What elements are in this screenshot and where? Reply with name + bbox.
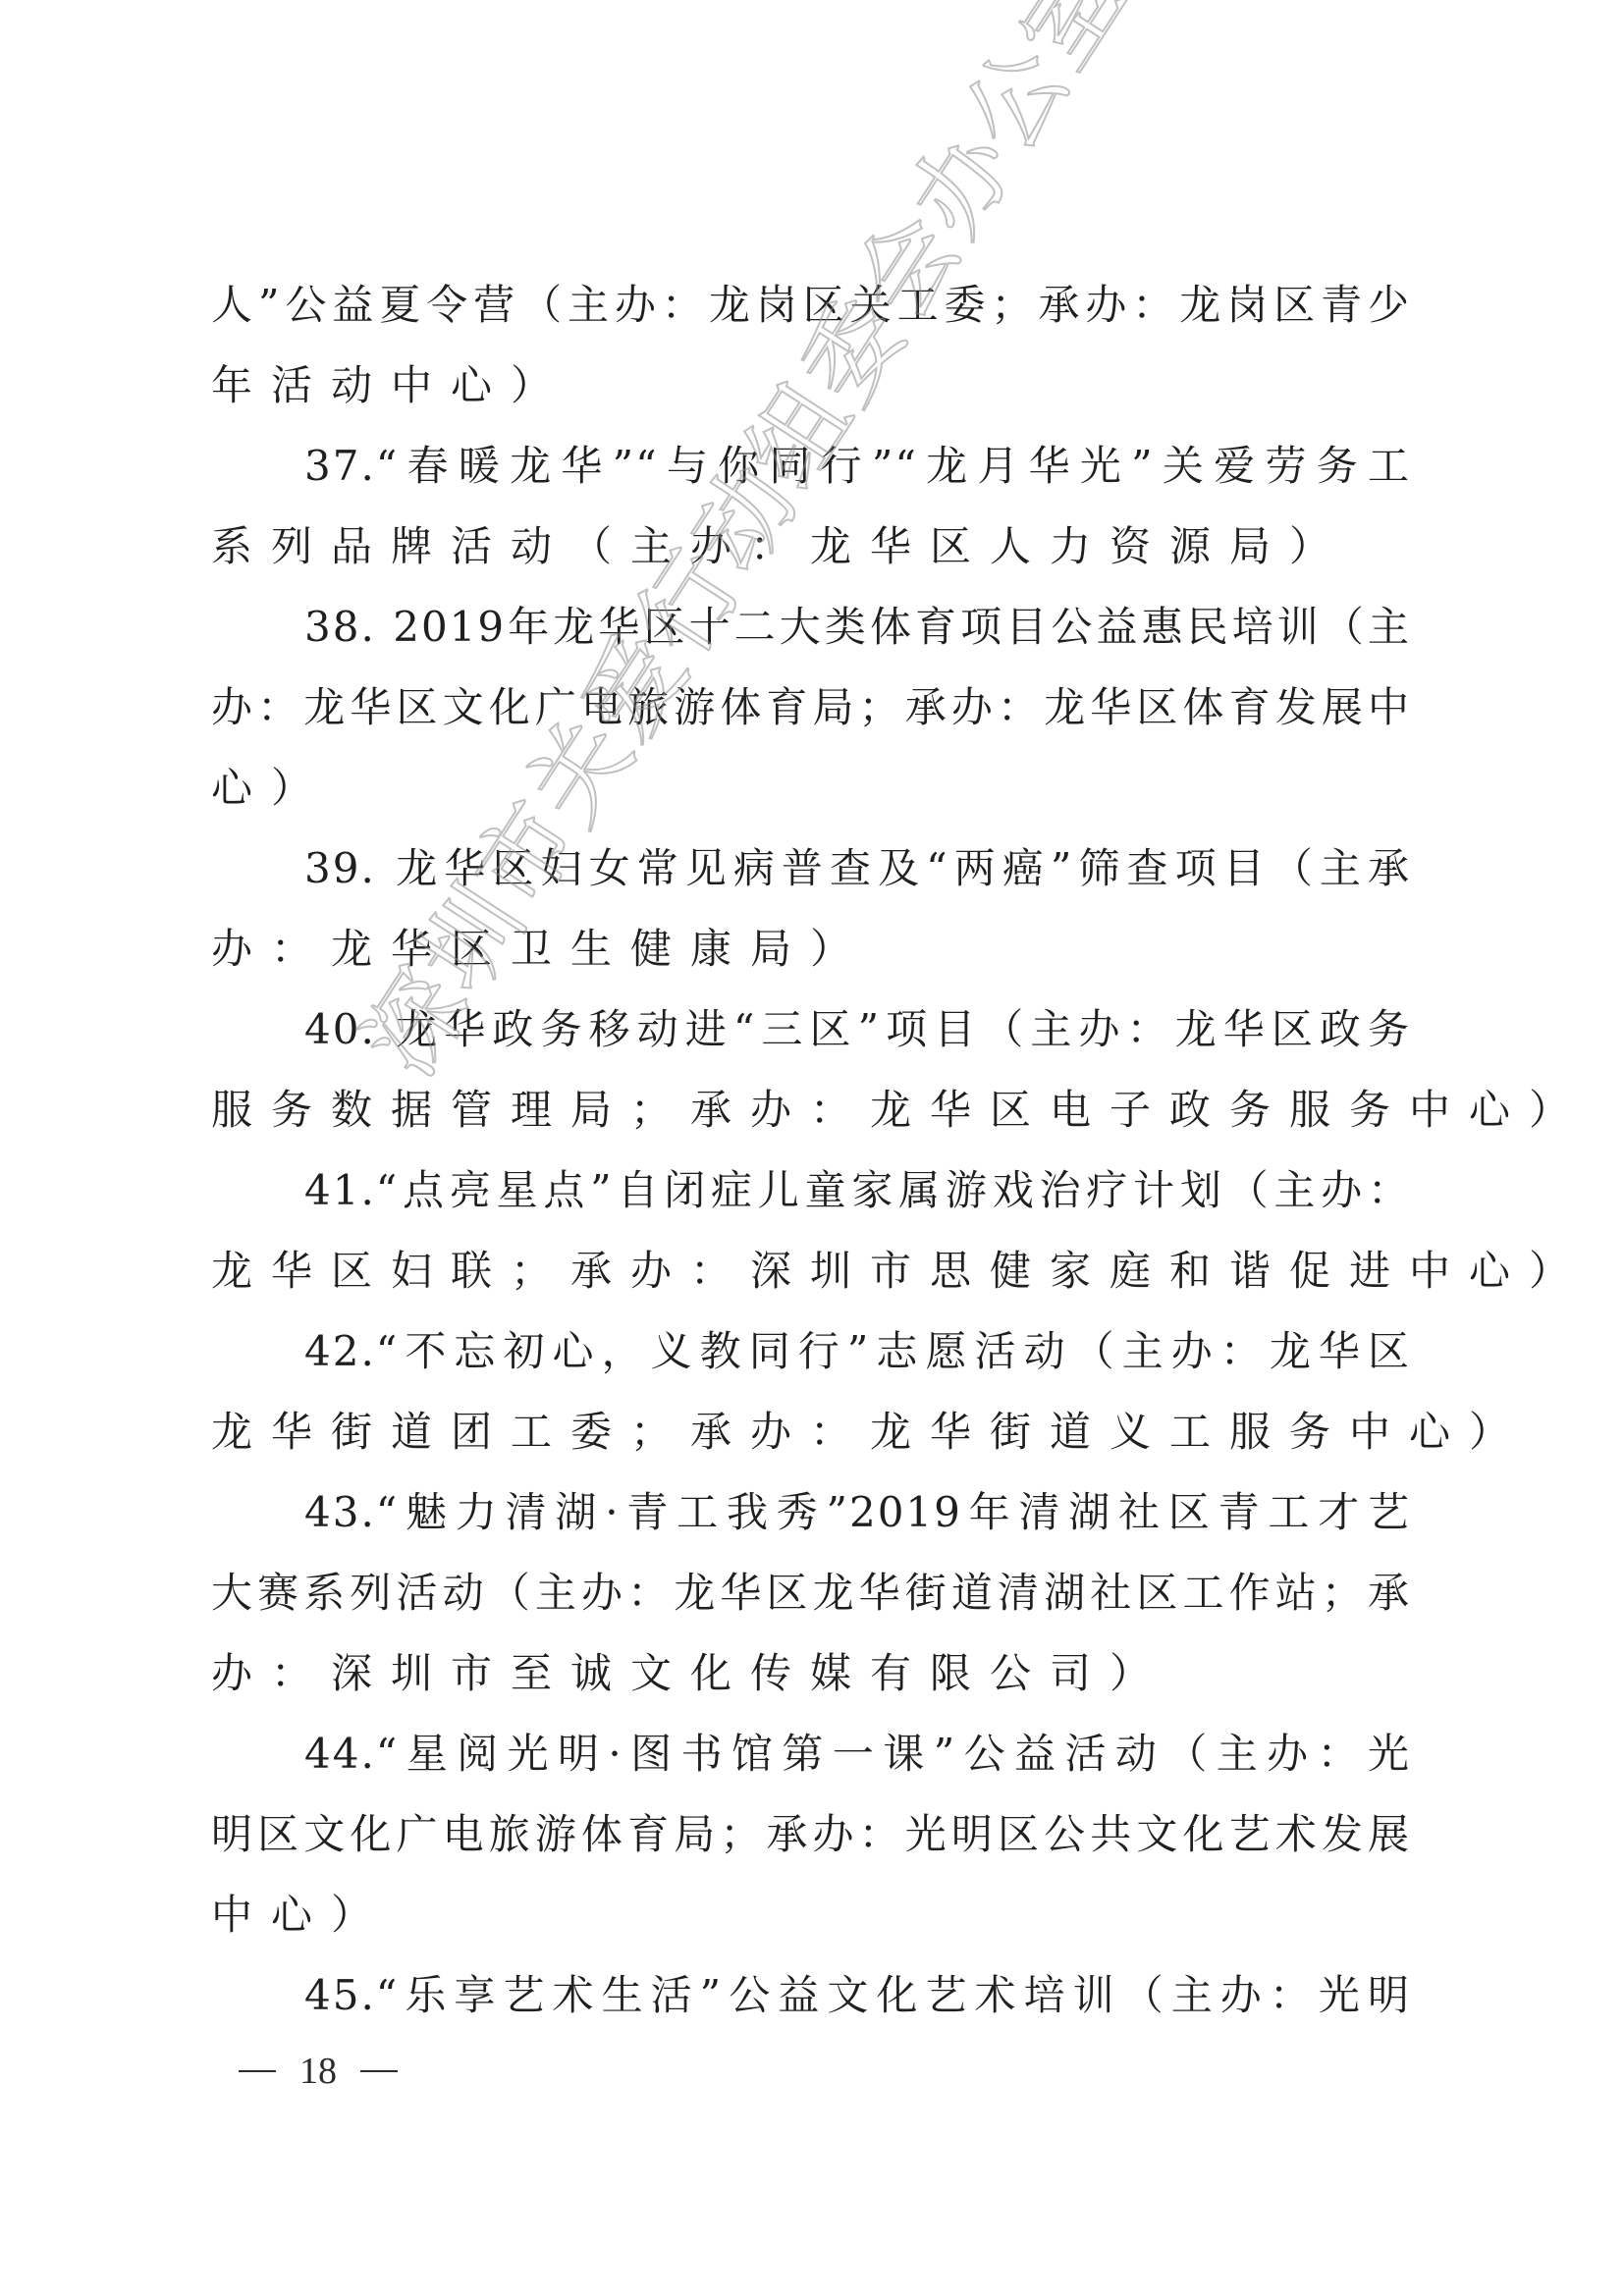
list-item-38: 38. 2019年龙华区十二大类体育项目公益惠民培训（主 — [211, 587, 1411, 667]
document-page: 人”公益夏令营（主办：龙岗区关工委；承办：龙岗区青少 年活动中心） 37.“春暖… — [0, 0, 1624, 2296]
page-number: 18 — [239, 2050, 398, 2093]
text-line: 办：深圳市至诚文化传媒有限公司） — [211, 1633, 1411, 1714]
dash-left — [239, 2070, 276, 2072]
body-text: 人”公益夏令营（主办：龙岗区关工委；承办：龙岗区青少 年活动中心） 37.“春暖… — [211, 265, 1411, 2036]
text-line: 龙华街道团工委；承办：龙华街道义工服务中心） — [211, 1392, 1411, 1472]
list-item-40: 40. 龙华政务移动进“三区”项目（主办：龙华区政务 — [211, 989, 1411, 1070]
text-line: 服务数据管理局；承办：龙华区电子政务服务中心） — [211, 1070, 1411, 1150]
text-line: 系列品牌活动（主办：龙华区人力资源局） — [211, 507, 1411, 587]
list-item-44: 44.“星阅光明·图书馆第一课”公益活动（主办：光 — [211, 1714, 1411, 1794]
text-line: 大赛系列活动（主办：龙华区龙华街道清湖社区工作站；承 — [211, 1553, 1411, 1633]
list-item-37: 37.“春暖龙华”“与你同行”“龙月华光”关爱劳务工 — [211, 426, 1411, 507]
text-line: 办：龙华区文化广电旅游体育局；承办：龙华区体育发展中 — [211, 667, 1411, 748]
text-line: 人”公益夏令营（主办：龙岗区关工委；承办：龙岗区青少 — [211, 265, 1411, 346]
list-item-42: 42.“不忘初心，义教同行”志愿活动（主办：龙华区 — [211, 1311, 1411, 1392]
text-line: 办：龙华区卫生健康局） — [211, 909, 1411, 989]
text-line: 龙华区妇联；承办：深圳市思健家庭和谐促进中心） — [211, 1231, 1411, 1311]
dash-right — [360, 2070, 398, 2072]
list-item-39: 39. 龙华区妇女常见病普查及“两癌”筛查项目（主承 — [211, 828, 1411, 909]
list-item-41: 41.“点亮星点”自闭症儿童家属游戏治疗计划（主办： — [211, 1150, 1411, 1231]
text-line: 明区文化广电旅游体育局；承办：光明区公共文化艺术发展 — [211, 1794, 1411, 1875]
list-item-45: 45.“乐享艺术生活”公益文化艺术培训（主办：光明 — [211, 1955, 1411, 2036]
text-line: 心） — [211, 748, 1411, 828]
text-line: 中心） — [211, 1875, 1411, 1955]
list-item-43: 43.“魅力清湖·青工我秀”2019年清湖社区青工才艺 — [211, 1472, 1411, 1553]
page-number-value: 18 — [299, 2050, 337, 2093]
text-line: 年活动中心） — [211, 346, 1411, 426]
